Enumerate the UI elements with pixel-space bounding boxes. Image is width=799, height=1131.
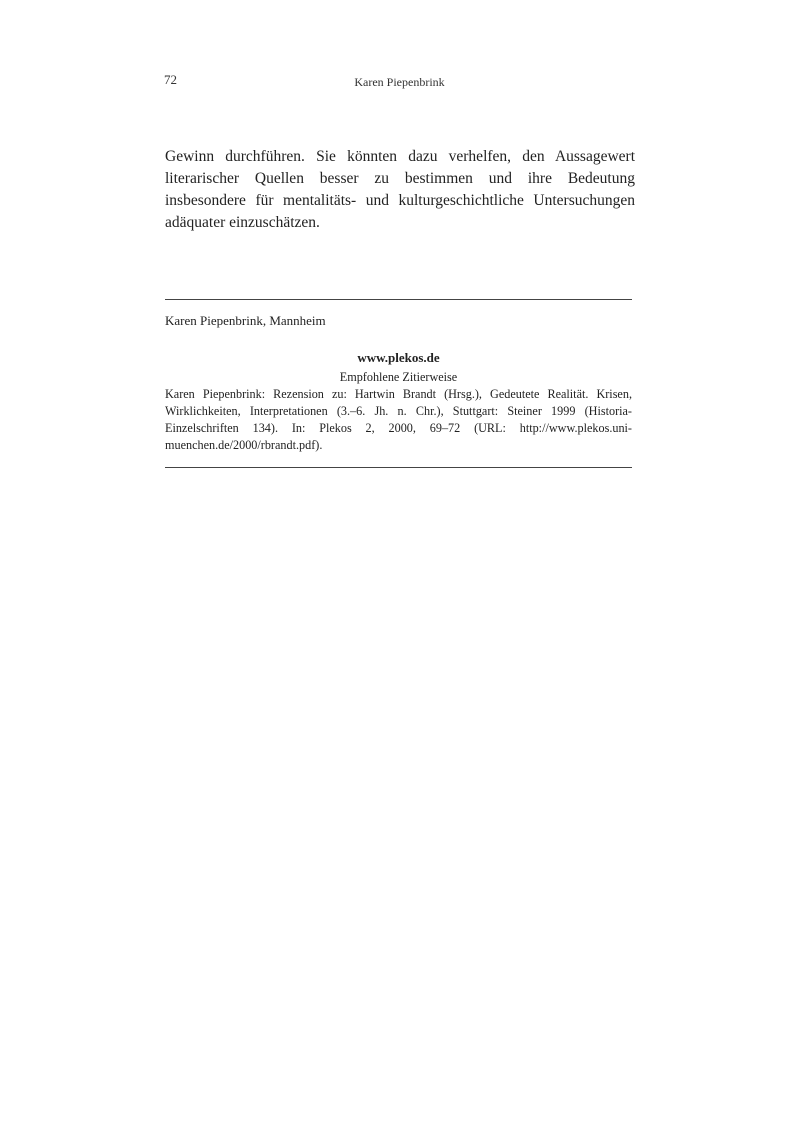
body-paragraph: Gewinn durchführen. Sie könnten dazu ver… [165, 146, 635, 234]
top-divider [165, 299, 632, 300]
citation-block: www.plekos.de Empfohlene Zitierweise Kar… [165, 349, 632, 454]
citation-heading: Empfohlene Zitierweise [165, 369, 632, 386]
running-head: Karen Piepenbrink [0, 75, 799, 90]
body-text: Gewinn durchführen. Sie könnten dazu ver… [165, 146, 635, 234]
site-url-link[interactable]: www.plekos.de [165, 349, 632, 366]
author-affiliation: Karen Piepenbrink, Mannheim [165, 313, 326, 329]
citation-text: Karen Piepenbrink: Rezension zu: Hartwin… [165, 386, 632, 454]
bottom-divider [165, 467, 632, 468]
running-head-text: Karen Piepenbrink [354, 75, 444, 89]
